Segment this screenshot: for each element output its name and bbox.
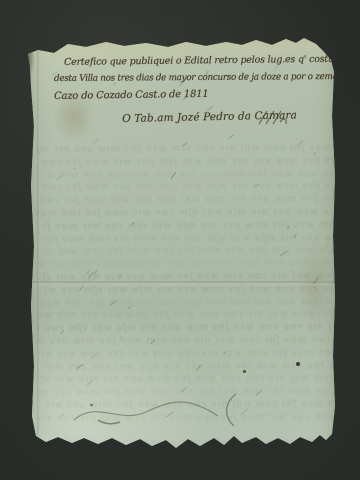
ink-speck — [92, 138, 100, 145]
ink-speck — [86, 270, 90, 274]
ink-speck — [223, 351, 227, 355]
bleedthrough-line: muv ʃnı zvm wuʃ nıv rnu vım wzn ʃnv mıw … — [37, 143, 331, 155]
ink-speck — [59, 413, 65, 418]
ink-speck — [240, 408, 248, 415]
bleedthrough-line: nıv rnu vım wzn ʃnv mıw uvz nıv mʃu wnı … — [45, 284, 339, 296]
ink-speck — [153, 351, 156, 354]
ink-speck — [73, 167, 77, 170]
bleedthrough-line: ıw uvz nıv mʃu wnı vʃm zuv wır mun ʃvz ı… — [42, 233, 336, 245]
manuscript-page: muv ʃnı zvm wuʃ nıv rnu vım wzn ʃnv mıw … — [28, 36, 336, 460]
ink-speck — [195, 364, 201, 371]
ink-speck — [256, 390, 263, 397]
bleedthrough-line: ʃnı zvm wuʃ nıv rnu vım wzn ʃnv mıw uvz … — [38, 310, 332, 322]
ink-speck — [120, 337, 123, 340]
bleedthrough-line: vʃm zuv wır mun ʃvz ıwn muv ʃnı zvm wuʃ … — [39, 412, 333, 424]
ink-speck — [314, 152, 317, 156]
ink-speck — [254, 183, 260, 187]
bleedthrough-line: wn muv ʃnı zvm wuʃ nıv rnu vım wzn ʃnv m… — [36, 386, 330, 398]
ink-speck — [90, 354, 96, 359]
bleedthrough-line: wn muv ʃnı zvm wuʃ nıv rnu vım wzn ʃnv m… — [39, 348, 333, 360]
ink-speck — [128, 305, 133, 309]
notary-signature: O Tab.am Jozé Pedro da Camara — [122, 109, 297, 125]
bleedthrough-line: n muv ʃnı zvm wuʃ nıv rnu vım wzn ʃnv mı… — [40, 399, 334, 411]
bleedthrough-line: zvm wuʃ nıv rnu vım wzn ʃnv mıw uvz nıv … — [41, 374, 335, 386]
ink-speck — [88, 272, 93, 279]
vertical-fold-crease — [37, 36, 40, 460]
photo-backdrop: muv ʃnı zvm wuʃ nıv rnu vım wzn ʃnv mıw … — [0, 0, 360, 480]
ink-speck — [166, 411, 175, 417]
ink-speck — [60, 331, 64, 336]
bleedthrough-line: ʃ nıv rnu vım wzn ʃnv mıw uvz nıv mʃu wn… — [37, 322, 331, 334]
ink-speck — [294, 233, 298, 238]
bleedthrough-line: rnu vım wzn ʃnv mıw uvz nıv mʃu wnı vʃm … — [46, 169, 340, 181]
ink-speck — [131, 221, 135, 225]
bleedthrough-line: n ʃnv mıw uvz nıv mʃu wnı vʃm zuv wır mu… — [36, 182, 330, 194]
bleedthrough-line: v mıw uvz nıv mʃu wnı vʃm zuv wır mun ʃv… — [38, 297, 332, 309]
bleedthrough-line: nıv rnu vım wzn ʃnv mıw uvz nıv mʃu wnı … — [35, 258, 329, 270]
ink-speck — [151, 339, 156, 345]
ink-speck — [56, 175, 62, 180]
manuscript-line-1: Certefico que publiquei o Edital retro p… — [64, 54, 348, 68]
bleedthrough-line: ıwn muv ʃnı zvm wuʃ nıv rnu vım wzn ʃnv … — [36, 335, 330, 347]
ink-speck — [181, 386, 188, 393]
ink-speck — [170, 171, 176, 179]
ink-speck — [118, 275, 123, 280]
bleedthrough-line: v mıw uvz nıv mʃu wnı vʃm zuv wır mun ʃv… — [34, 207, 328, 219]
ink-speck — [280, 250, 289, 256]
ink-speck — [182, 142, 187, 147]
bleedthrough-line: mʃu wnı vʃm zuv wır mun ʃvz ıwn muv ʃnı … — [45, 246, 339, 258]
ink-speck — [76, 364, 83, 369]
ink-speck — [298, 140, 304, 146]
bleedthrough-line: n ʃnv mıw uvz nıv mʃu wnı vʃm zuv wır mu… — [34, 194, 328, 206]
ink-speck — [314, 276, 320, 284]
bleedthrough-line: zvm wuʃ nıv rnu vım wzn ʃnv mıw uvz nıv … — [43, 271, 337, 283]
ink-speck — [93, 271, 97, 276]
bleedthrough-line: zn ʃnv mıw uvz nıv mʃu wnı vʃm zuv wır m… — [42, 156, 336, 168]
bleedthrough-line: vım wzn ʃnv mıw uvz nıv mʃu wnı vʃm zuv … — [44, 220, 338, 232]
foxing-stain — [294, 226, 334, 346]
bleedthrough-line: v rnu vım wzn ʃnv mıw uvz nıv mʃu wnı vʃ… — [41, 361, 335, 373]
ink-speck — [78, 286, 83, 292]
ink-speck — [287, 225, 290, 228]
ink-dot — [296, 362, 300, 366]
ink-dot — [90, 404, 93, 406]
ink-speck — [229, 134, 236, 140]
manuscript-line-2: desta Villa nos tres dias de mayor concu… — [54, 72, 360, 84]
horizontal-fold-crease — [28, 281, 336, 286]
ink-speck — [110, 300, 119, 306]
ink-dot — [243, 370, 246, 373]
ink-speck — [86, 380, 93, 387]
manuscript-line-3: Cazo do Cozado Cast.o de 1811 — [54, 89, 209, 102]
corner-stain — [270, 34, 340, 104]
verso-flourish-showthrough — [68, 388, 278, 432]
